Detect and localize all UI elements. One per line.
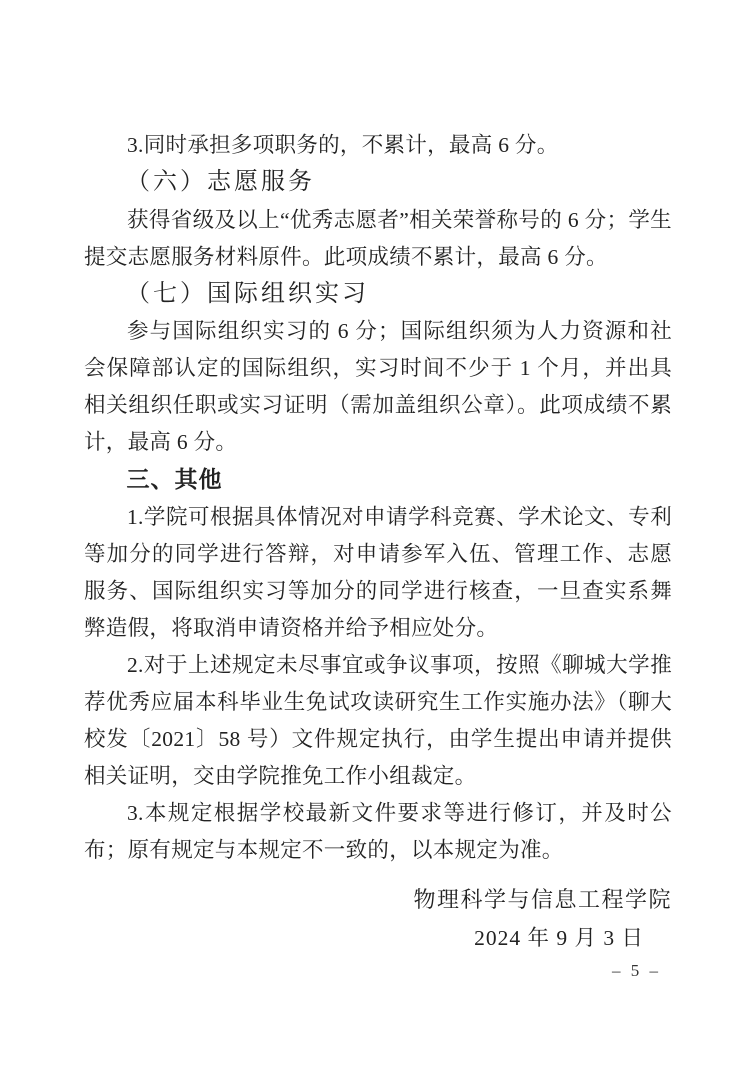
signature-unit-name: 物理科学与信息工程学院 <box>84 881 672 919</box>
page-number: – 5 – <box>612 961 661 981</box>
paragraph-others-item-2: 2.对于上述规定未尽事宜或争议事项，按照《聊城大学推荐优秀应届本科毕业生免试攻读… <box>84 647 672 795</box>
paragraph-international-internship: 参与国际组织实习的 6 分；国际组织须为人力资源和社会保障部认定的国际组织，实习… <box>84 313 672 461</box>
paragraph-others-item-3: 3.本规定根据学校最新文件要求等进行修订，并及时公布；原有规定与本规定不一致的，… <box>84 795 672 869</box>
signature-block: 物理科学与信息工程学院 2024 年 9 月 3 日 <box>84 881 672 957</box>
heading-section-three-others: 三、其他 <box>84 461 672 499</box>
document-page: 3.同时承担多项职务的，不累计，最高 6 分。 （六）志愿服务 获得省级及以上“… <box>0 0 756 1072</box>
signature-date: 2024 年 9 月 3 日 <box>84 919 672 957</box>
document-body: 3.同时承担多项职务的，不累计，最高 6 分。 （六）志愿服务 获得省级及以上“… <box>84 127 672 957</box>
paragraph-volunteer-service: 获得省级及以上“优秀志愿者”相关荣誉称号的 6 分；学生提交志愿服务材料原件。此… <box>84 202 672 276</box>
paragraph-others-item-1: 1.学院可根据具体情况对申请学科竞赛、学术论文、专利等加分的同学进行答辩，对申请… <box>84 499 672 647</box>
heading-section-six-volunteer-service: （六）志愿服务 <box>84 164 672 202</box>
heading-section-seven-international-internship: （七）国际组织实习 <box>84 276 672 314</box>
paragraph-multiple-duties: 3.同时承担多项职务的，不累计，最高 6 分。 <box>84 127 672 164</box>
